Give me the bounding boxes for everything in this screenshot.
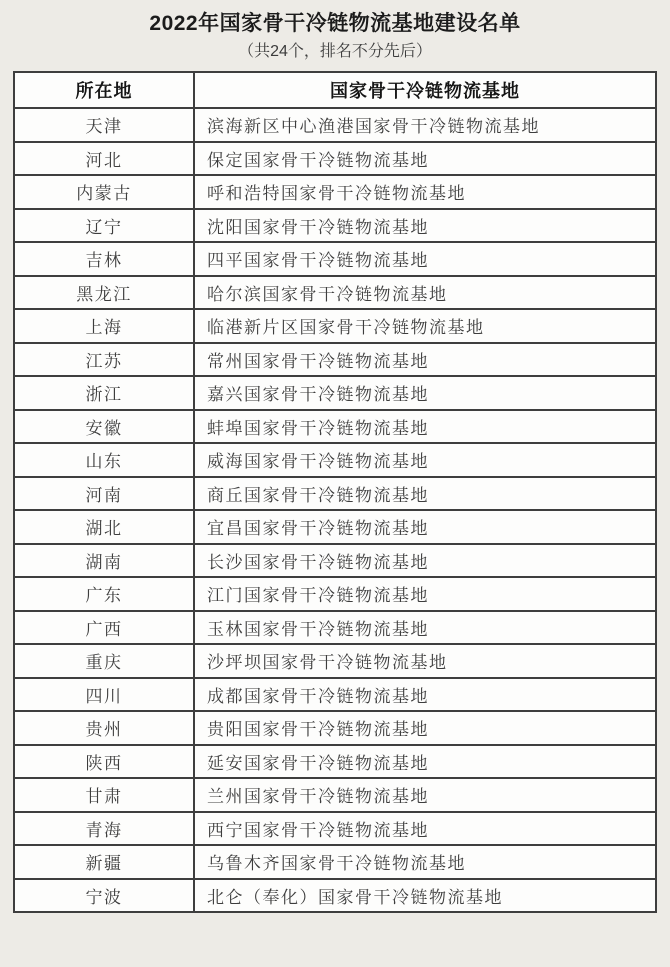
location-cell: 青海 (14, 812, 194, 846)
table-row: 青海西宁国家骨干冷链物流基地 (14, 812, 656, 846)
cold-chain-base-table: 所在地 国家骨干冷链物流基地 天津滨海新区中心渔港国家骨干冷链物流基地河北保定国… (13, 71, 657, 913)
table-row: 宁波北仑（奉化）国家骨干冷链物流基地 (14, 879, 656, 913)
page-title: 2022年国家骨干冷链物流基地建设名单 (13, 10, 657, 38)
location-cell: 上海 (14, 309, 194, 343)
base-name-cell: 兰州国家骨干冷链物流基地 (194, 778, 656, 812)
base-name-cell: 乌鲁木齐国家骨干冷链物流基地 (194, 845, 656, 879)
base-name-cell: 滨海新区中心渔港国家骨干冷链物流基地 (194, 108, 656, 142)
table-row: 贵州贵阳国家骨干冷链物流基地 (14, 711, 656, 745)
location-cell: 新疆 (14, 845, 194, 879)
base-name-cell: 北仑（奉化）国家骨干冷链物流基地 (194, 879, 656, 913)
base-name-cell: 沙坪坝国家骨干冷链物流基地 (194, 644, 656, 678)
table-row: 辽宁沈阳国家骨干冷链物流基地 (14, 209, 656, 243)
base-name-cell: 蚌埠国家骨干冷链物流基地 (194, 410, 656, 444)
table-row: 内蒙古呼和浩特国家骨干冷链物流基地 (14, 175, 656, 209)
table-body: 天津滨海新区中心渔港国家骨干冷链物流基地河北保定国家骨干冷链物流基地内蒙古呼和浩… (14, 108, 656, 912)
table-row: 陕西延安国家骨干冷链物流基地 (14, 745, 656, 779)
location-cell: 安徽 (14, 410, 194, 444)
base-name-cell: 成都国家骨干冷链物流基地 (194, 678, 656, 712)
column-header-location: 所在地 (14, 72, 194, 108)
table-row: 江苏常州国家骨干冷链物流基地 (14, 343, 656, 377)
page-subtitle: （共24个，排名不分先后） (13, 41, 657, 63)
document: 2022年国家骨干冷链物流基地建设名单 （共24个，排名不分先后） 所在地 国家… (0, 0, 670, 913)
table-row: 四川成都国家骨干冷链物流基地 (14, 678, 656, 712)
location-cell: 山东 (14, 443, 194, 477)
location-cell: 河南 (14, 477, 194, 511)
base-name-cell: 长沙国家骨干冷链物流基地 (194, 544, 656, 578)
table-row: 新疆乌鲁木齐国家骨干冷链物流基地 (14, 845, 656, 879)
location-cell: 内蒙古 (14, 175, 194, 209)
base-name-cell: 江门国家骨干冷链物流基地 (194, 577, 656, 611)
location-cell: 重庆 (14, 644, 194, 678)
document-page: { "page": { "title": "2022年国家骨干冷链物流基地建设名… (0, 0, 670, 967)
table-row: 山东威海国家骨干冷链物流基地 (14, 443, 656, 477)
location-cell: 湖南 (14, 544, 194, 578)
base-name-cell: 贵阳国家骨干冷链物流基地 (194, 711, 656, 745)
base-name-cell: 商丘国家骨干冷链物流基地 (194, 477, 656, 511)
location-cell: 辽宁 (14, 209, 194, 243)
table-row: 广西玉林国家骨干冷链物流基地 (14, 611, 656, 645)
location-cell: 宁波 (14, 879, 194, 913)
base-name-cell: 玉林国家骨干冷链物流基地 (194, 611, 656, 645)
location-cell: 陕西 (14, 745, 194, 779)
table-row: 广东江门国家骨干冷链物流基地 (14, 577, 656, 611)
location-cell: 天津 (14, 108, 194, 142)
location-cell: 甘肃 (14, 778, 194, 812)
location-cell: 贵州 (14, 711, 194, 745)
table-header-row: 所在地 国家骨干冷链物流基地 (14, 72, 656, 108)
location-cell: 吉林 (14, 242, 194, 276)
location-cell: 浙江 (14, 376, 194, 410)
table-row: 河南商丘国家骨干冷链物流基地 (14, 477, 656, 511)
table-row: 湖南长沙国家骨干冷链物流基地 (14, 544, 656, 578)
location-cell: 黑龙江 (14, 276, 194, 310)
base-name-cell: 威海国家骨干冷链物流基地 (194, 443, 656, 477)
table-row: 上海临港新片区国家骨干冷链物流基地 (14, 309, 656, 343)
table-row: 黑龙江哈尔滨国家骨干冷链物流基地 (14, 276, 656, 310)
table-row: 重庆沙坪坝国家骨干冷链物流基地 (14, 644, 656, 678)
base-name-cell: 嘉兴国家骨干冷链物流基地 (194, 376, 656, 410)
location-cell: 河北 (14, 142, 194, 176)
location-cell: 湖北 (14, 510, 194, 544)
table-row: 浙江嘉兴国家骨干冷链物流基地 (14, 376, 656, 410)
base-name-cell: 沈阳国家骨干冷链物流基地 (194, 209, 656, 243)
location-cell: 江苏 (14, 343, 194, 377)
column-header-base: 国家骨干冷链物流基地 (194, 72, 656, 108)
table-row: 安徽蚌埠国家骨干冷链物流基地 (14, 410, 656, 444)
base-name-cell: 临港新片区国家骨干冷链物流基地 (194, 309, 656, 343)
base-name-cell: 四平国家骨干冷链物流基地 (194, 242, 656, 276)
location-cell: 广西 (14, 611, 194, 645)
location-cell: 广东 (14, 577, 194, 611)
base-name-cell: 保定国家骨干冷链物流基地 (194, 142, 656, 176)
base-name-cell: 延安国家骨干冷链物流基地 (194, 745, 656, 779)
base-name-cell: 呼和浩特国家骨干冷链物流基地 (194, 175, 656, 209)
table-row: 吉林四平国家骨干冷链物流基地 (14, 242, 656, 276)
base-name-cell: 西宁国家骨干冷链物流基地 (194, 812, 656, 846)
base-name-cell: 常州国家骨干冷链物流基地 (194, 343, 656, 377)
base-name-cell: 哈尔滨国家骨干冷链物流基地 (194, 276, 656, 310)
table-row: 天津滨海新区中心渔港国家骨干冷链物流基地 (14, 108, 656, 142)
table-row: 河北保定国家骨干冷链物流基地 (14, 142, 656, 176)
table-row: 甘肃兰州国家骨干冷链物流基地 (14, 778, 656, 812)
table-row: 湖北宜昌国家骨干冷链物流基地 (14, 510, 656, 544)
base-name-cell: 宜昌国家骨干冷链物流基地 (194, 510, 656, 544)
location-cell: 四川 (14, 678, 194, 712)
